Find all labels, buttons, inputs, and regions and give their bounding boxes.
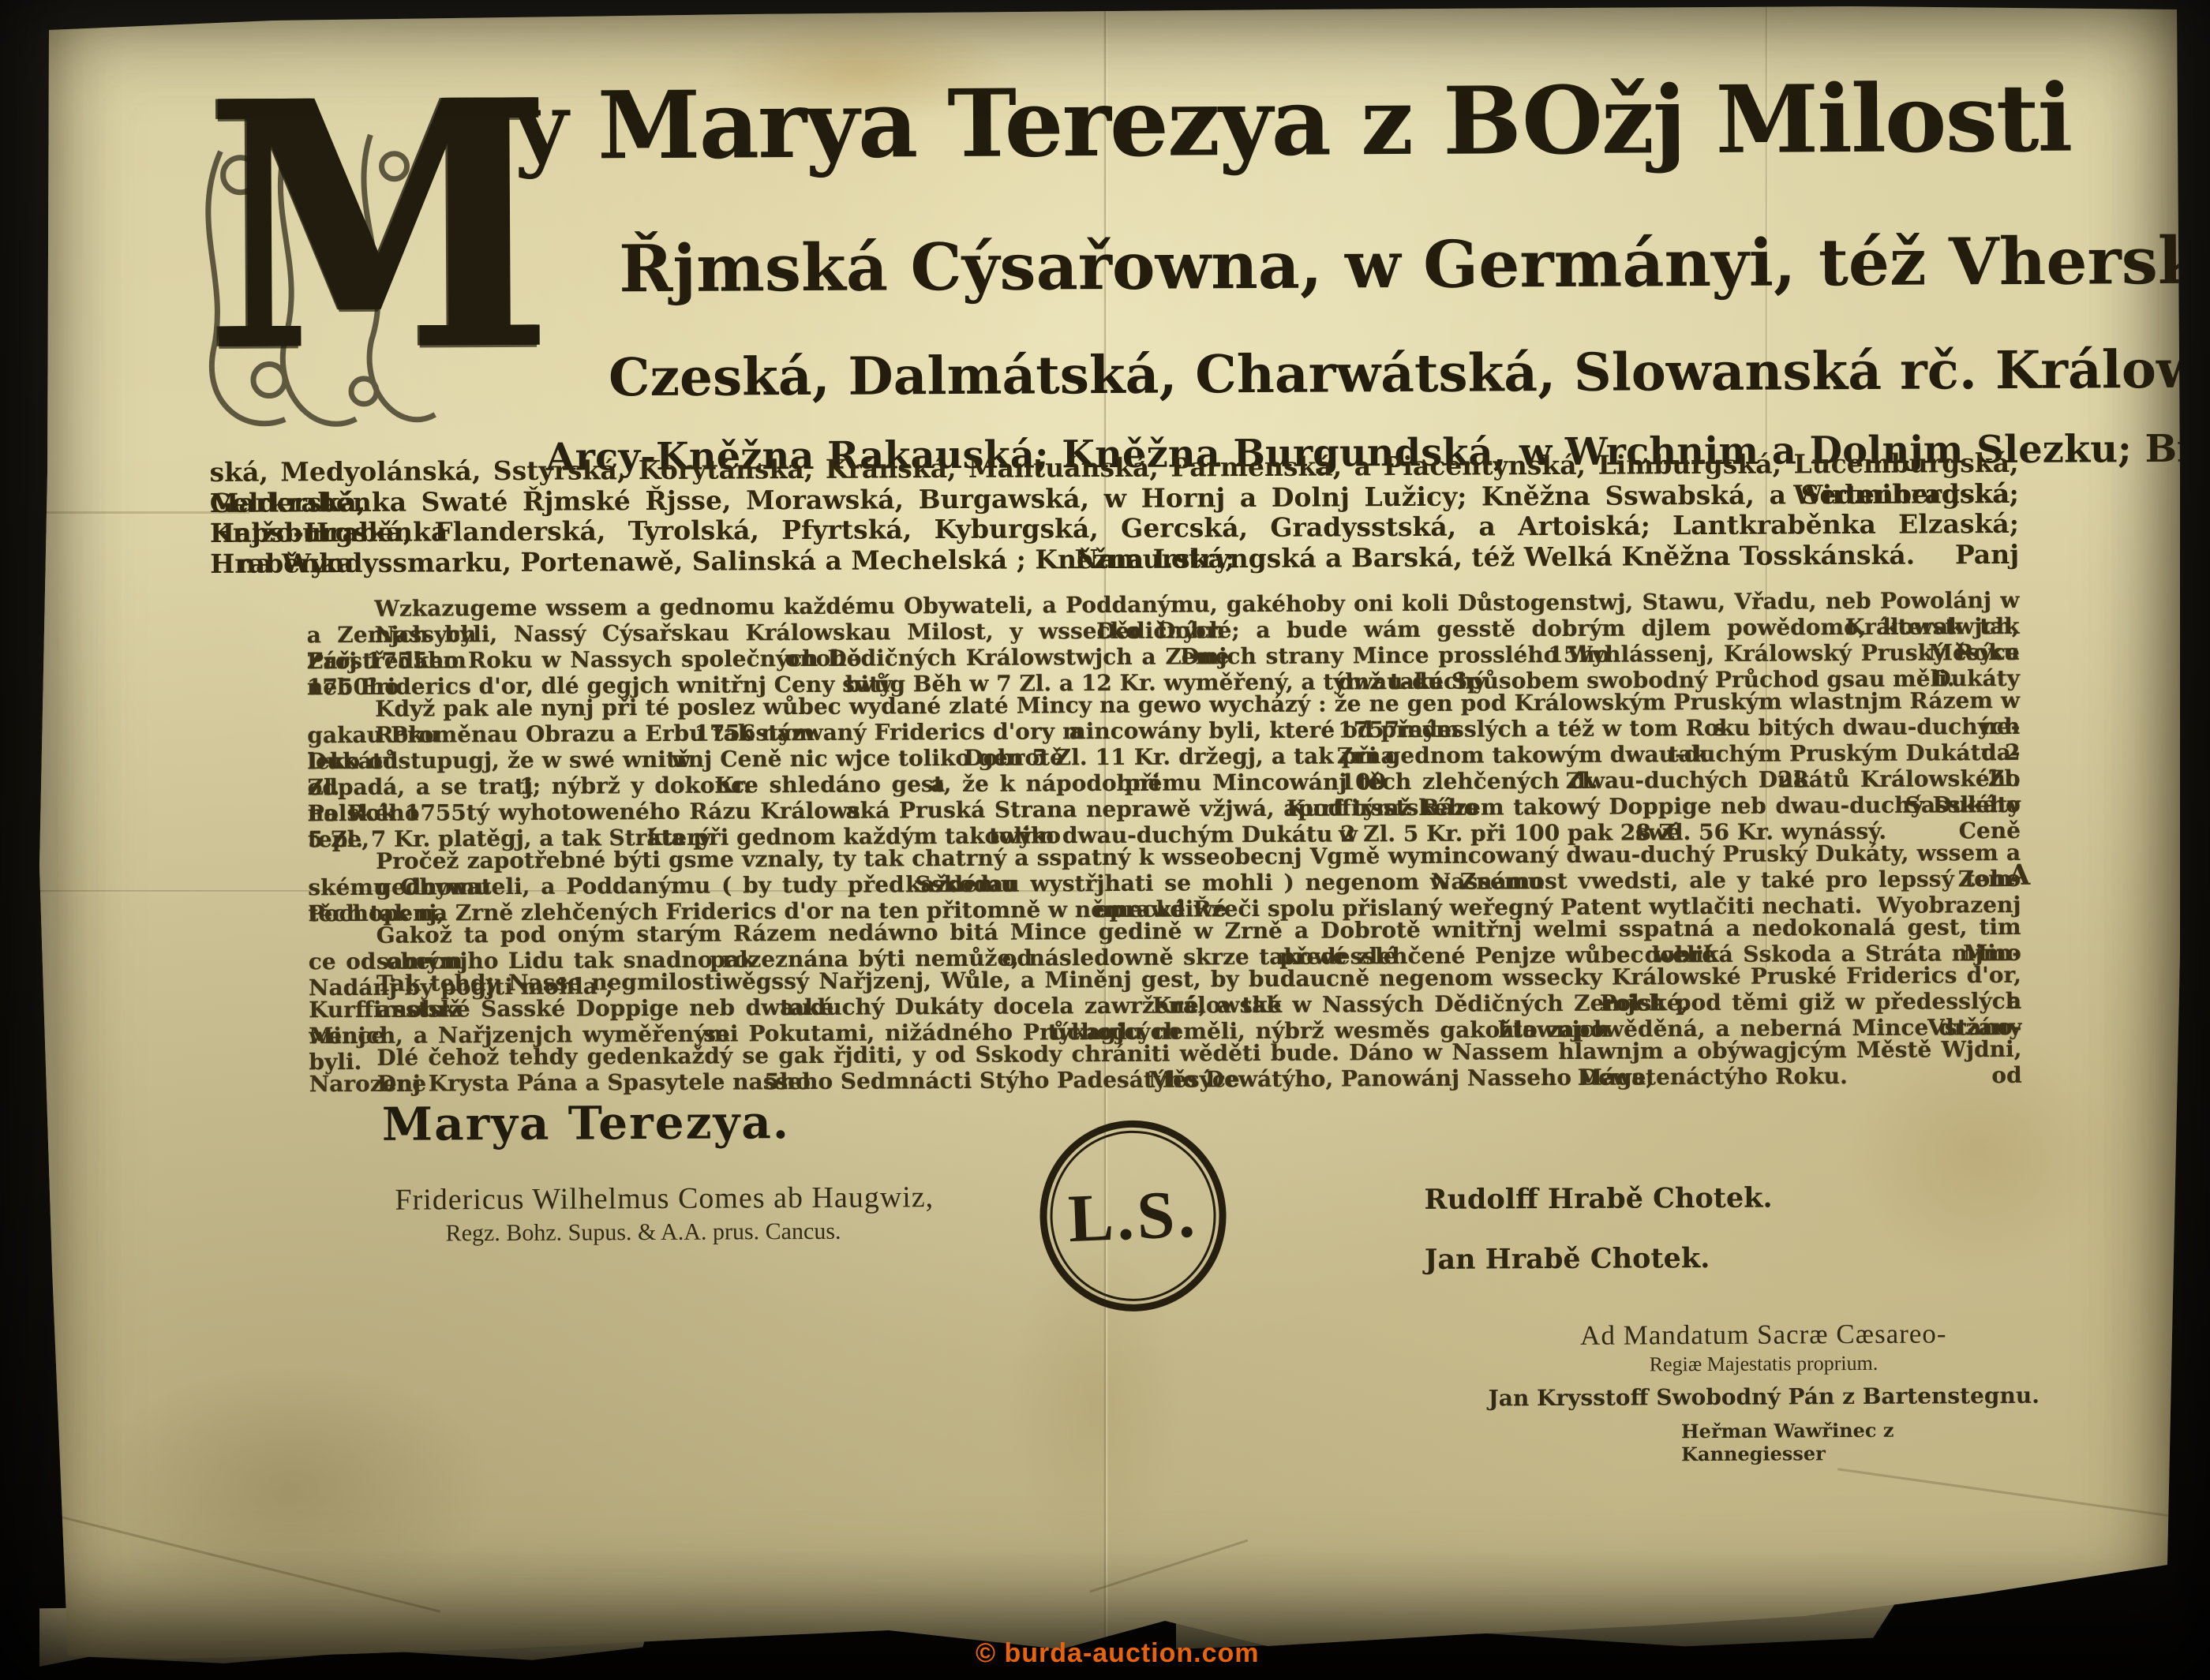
- mandatum-signature: Jan Krysstoff Swobodný Pán z Bartenstegn…: [1484, 1383, 2044, 1412]
- document-sheet: M y Marya Terezya z BOžj Milosti Řjmská …: [36, 6, 2180, 1663]
- body-paragraph-6: Dlé čehož tehdy gedenkaždý se gak řjditi…: [309, 1036, 2021, 1097]
- auction-photo: M y Marya Terezya z BOžj Milosti Řjmská …: [0, 0, 2210, 1680]
- ls-seal-inner-ring: L.S.: [1047, 1128, 1219, 1304]
- document-title-line3: Czeská, Dalmátská, Charwátská, Slowanská…: [609, 338, 2210, 408]
- mandatum-line: Ad Mandatum Sacræ Cæsareo-: [1483, 1318, 2043, 1353]
- countersignature-title: Regz. Bohz. Supus. & A.A. prus. Cancus.: [395, 1218, 935, 1248]
- countersignature-right-2: Jan Hrabě Chotek.: [1425, 1241, 1898, 1276]
- empress-signature: Marya Terezya.: [382, 1095, 790, 1151]
- ls-seal: L.S.: [1036, 1117, 1230, 1315]
- auction-watermark: © burda-auction.com: [976, 1638, 1260, 1669]
- royal-titles-block: ská, Medyolánská, Sstyrská, Korytánská, …: [209, 448, 2019, 579]
- document-title-line2: Řjmská Cýsařowna, w Germányi, též Vhersk…: [619, 223, 2210, 307]
- mandatum-line: Regiæ Majestatis proprium.: [1483, 1351, 2043, 1378]
- countersignature-left: Fridericus Wilhelmus Comes ab Haugwiz, R…: [395, 1180, 934, 1248]
- body-paragraph-3: Pročež zapotřebné býti gsme vznaly, ty t…: [308, 840, 2021, 926]
- document-title-line1: y Marya Terezya z BOžj Milosti: [514, 63, 2072, 181]
- body-paragraph-5: Tak tehdy Nasse negmilostiwěgssý Nařjzen…: [309, 962, 2021, 1049]
- countersignature-name: Fridericus Wilhelmus Comes ab Haugwiz,: [395, 1180, 934, 1218]
- ad-mandatum-block: Ad Mandatum Sacræ Cæsareo- Regiæ Majesta…: [1483, 1318, 2044, 1467]
- mandatum-secretary: Heřman Wawřinec z Kannegiesser: [1618, 1418, 2044, 1466]
- ls-seal-text: L.S.: [1066, 1174, 1199, 1259]
- countersignature-right-1: Rudolff Hrabě Chotek.: [1424, 1181, 1897, 1216]
- body-paragraph-2: Když pak ale nynj při té poslez wůbec wy…: [307, 687, 2021, 852]
- body-paragraph-1: Wzkazugeme wssem a gednomu každému Obywa…: [306, 587, 2020, 700]
- printed-content: M y Marya Terezya z BOžj Milosti Řjmská …: [32, 1, 2185, 1669]
- catchword-letter: A: [2008, 859, 2030, 892]
- ornamental-initial: M: [197, 71, 538, 451]
- initial-letter: M: [204, 39, 552, 414]
